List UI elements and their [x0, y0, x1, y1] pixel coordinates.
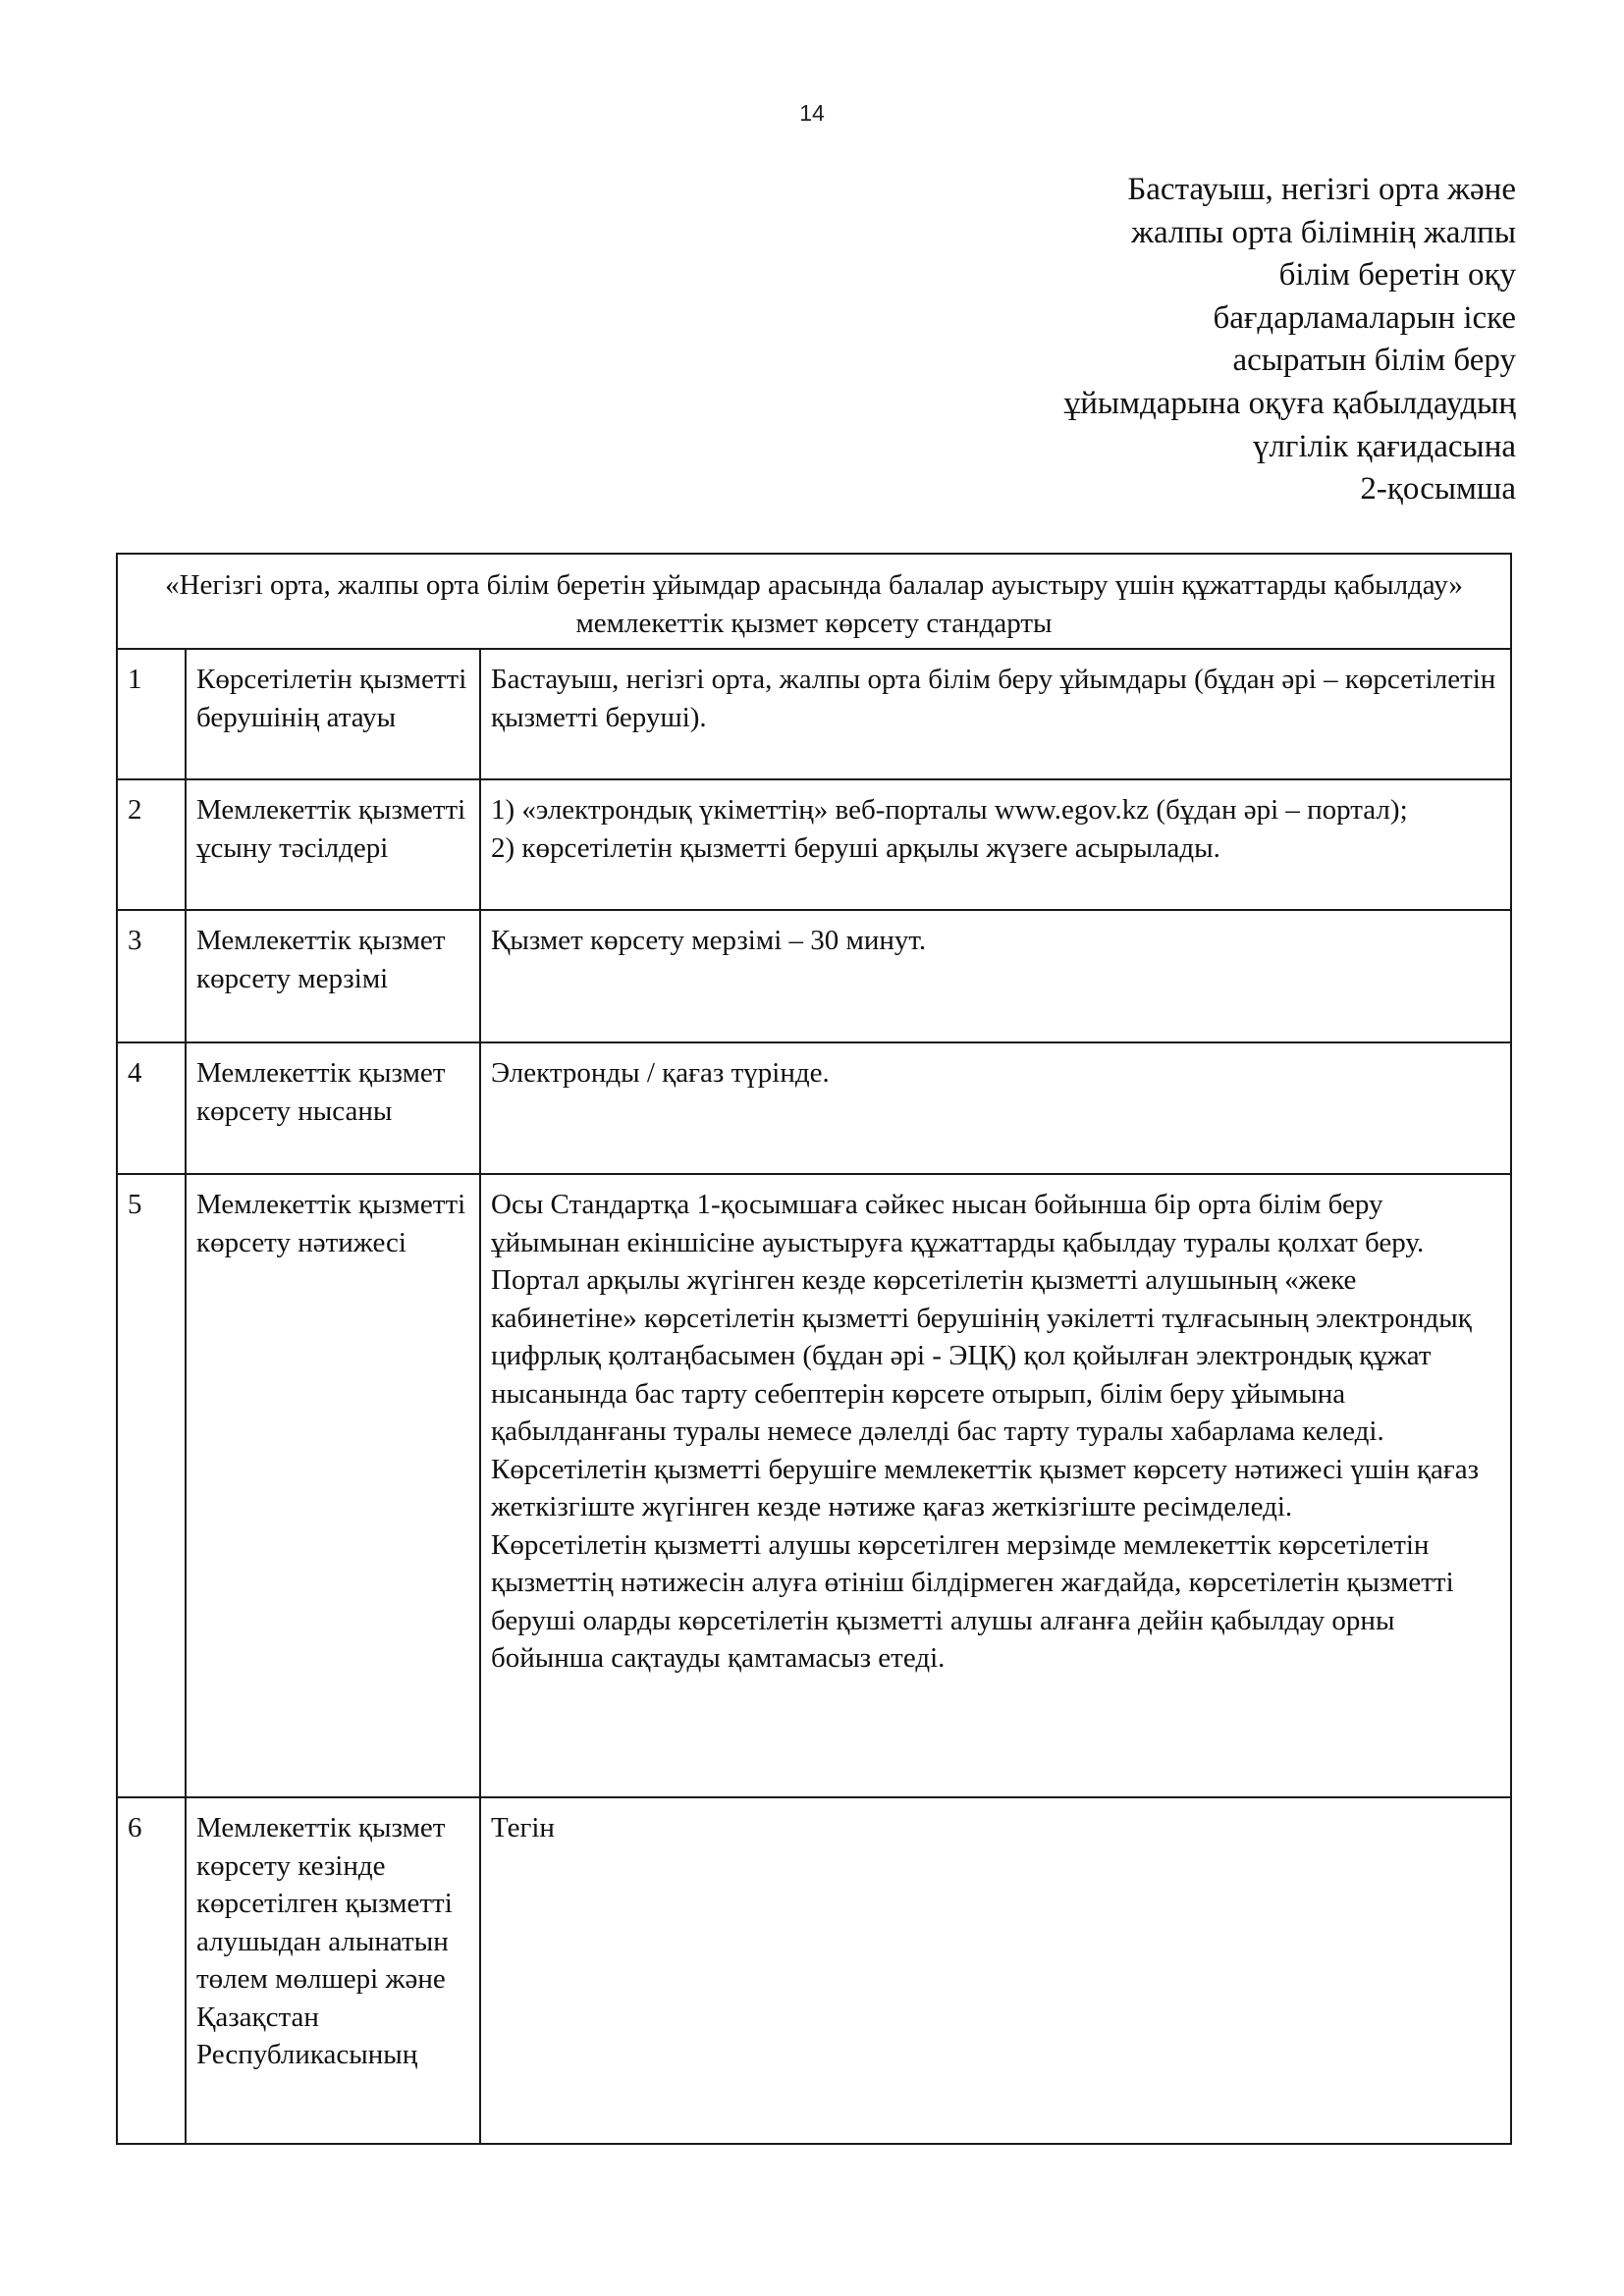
content-paragraph: Тегін	[491, 1809, 1500, 1847]
row-content: Тегін	[480, 1797, 1511, 2144]
table-row: 5 Мемлекеттік қызметті көрсету нәтижесі …	[117, 1174, 1511, 1797]
content-paragraph: Портал арқылы жүгінген кезде көрсетілеті…	[491, 1261, 1500, 1451]
row-content: Бастауыш, негізгі орта, жалпы орта білім…	[480, 649, 1511, 779]
row-label: Көрсетілетін қызметті берушінің атауы	[186, 649, 480, 779]
table-title: «Негізгі орта, жалпы орта білім беретін …	[117, 554, 1511, 649]
row-number: 5	[117, 1174, 186, 1797]
row-label: Мемлекеттік қызмет көрсету кезінде көрсе…	[186, 1797, 480, 2144]
annex-number: 2-қосымша	[829, 468, 1516, 511]
content-paragraph: Көрсетілетін қызметті алушы көрсетілген …	[491, 1526, 1500, 1678]
annex-line: білім беретін оқу	[829, 254, 1516, 297]
row-content: Осы Стандартқа 1-қосымшаға сәйкес нысан …	[480, 1174, 1511, 1797]
table-row: 3 Мемлекеттік қызмет көрсету мерзімі Қыз…	[117, 910, 1511, 1042]
annex-line: үлгілік қағидасына	[829, 426, 1516, 469]
row-label: Мемлекеттік қызмет көрсету мерзімі	[186, 910, 480, 1042]
content-paragraph: 2) көрсетілетін қызметті беруші арқылы ж…	[491, 829, 1500, 868]
annex-line: Бастауыш, негізгі орта және	[829, 169, 1516, 212]
content-paragraph: 1) «электрондық үкіметтің» веб-порталы w…	[491, 791, 1500, 829]
row-label: Мемлекеттік қызмет көрсету нысаны	[186, 1042, 480, 1174]
row-content: Қызмет көрсету мерзімі – 30 минут.	[480, 910, 1511, 1042]
row-content: Электронды / қағаз түрінде.	[480, 1042, 1511, 1174]
row-number: 6	[117, 1797, 186, 2144]
table-row: 2 Мемлекеттік қызметті ұсыну тәсілдері 1…	[117, 779, 1511, 910]
table-row: 1 Көрсетілетін қызметті берушінің атауы …	[117, 649, 1511, 779]
row-content: 1) «электрондық үкіметтің» веб-порталы w…	[480, 779, 1511, 910]
table-title-row: «Негізгі орта, жалпы орта білім беретін …	[117, 554, 1511, 649]
table-row: 6 Мемлекеттік қызмет көрсету кезінде көр…	[117, 1797, 1511, 2144]
annex-line: бағдарламаларын іске	[829, 297, 1516, 341]
annex-header: Бастауыш, негізгі орта және жалпы орта б…	[829, 169, 1516, 511]
annex-line: асыратын білім беру	[829, 340, 1516, 383]
row-number: 4	[117, 1042, 186, 1174]
content-paragraph: Осы Стандартқа 1-қосымшаға сәйкес нысан …	[491, 1186, 1500, 1261]
content-paragraph: Электронды / қағаз түрінде.	[491, 1054, 1500, 1093]
row-label: Мемлекеттік қызметті ұсыну тәсілдері	[186, 779, 480, 910]
row-label: Мемлекеттік қызметті көрсету нәтижесі	[186, 1174, 480, 1797]
table-row: 4 Мемлекеттік қызмет көрсету нысаны Элек…	[117, 1042, 1511, 1174]
row-number: 1	[117, 649, 186, 779]
page-number: 14	[0, 100, 1624, 127]
row-number: 3	[117, 910, 186, 1042]
annex-line: жалпы орта білімнің жалпы	[829, 212, 1516, 255]
service-standard-table: «Негізгі орта, жалпы орта білім беретін …	[116, 553, 1512, 2145]
annex-line: ұйымдарына оқуға қабылдаудың	[829, 383, 1516, 426]
content-paragraph: Бастауыш, негізгі орта, жалпы орта білім…	[491, 661, 1500, 736]
content-paragraph: Қызмет көрсету мерзімі – 30 минут.	[491, 922, 1500, 960]
content-paragraph: Көрсетілетін қызметті берушіге мемлекетт…	[491, 1451, 1500, 1526]
row-number: 2	[117, 779, 186, 910]
